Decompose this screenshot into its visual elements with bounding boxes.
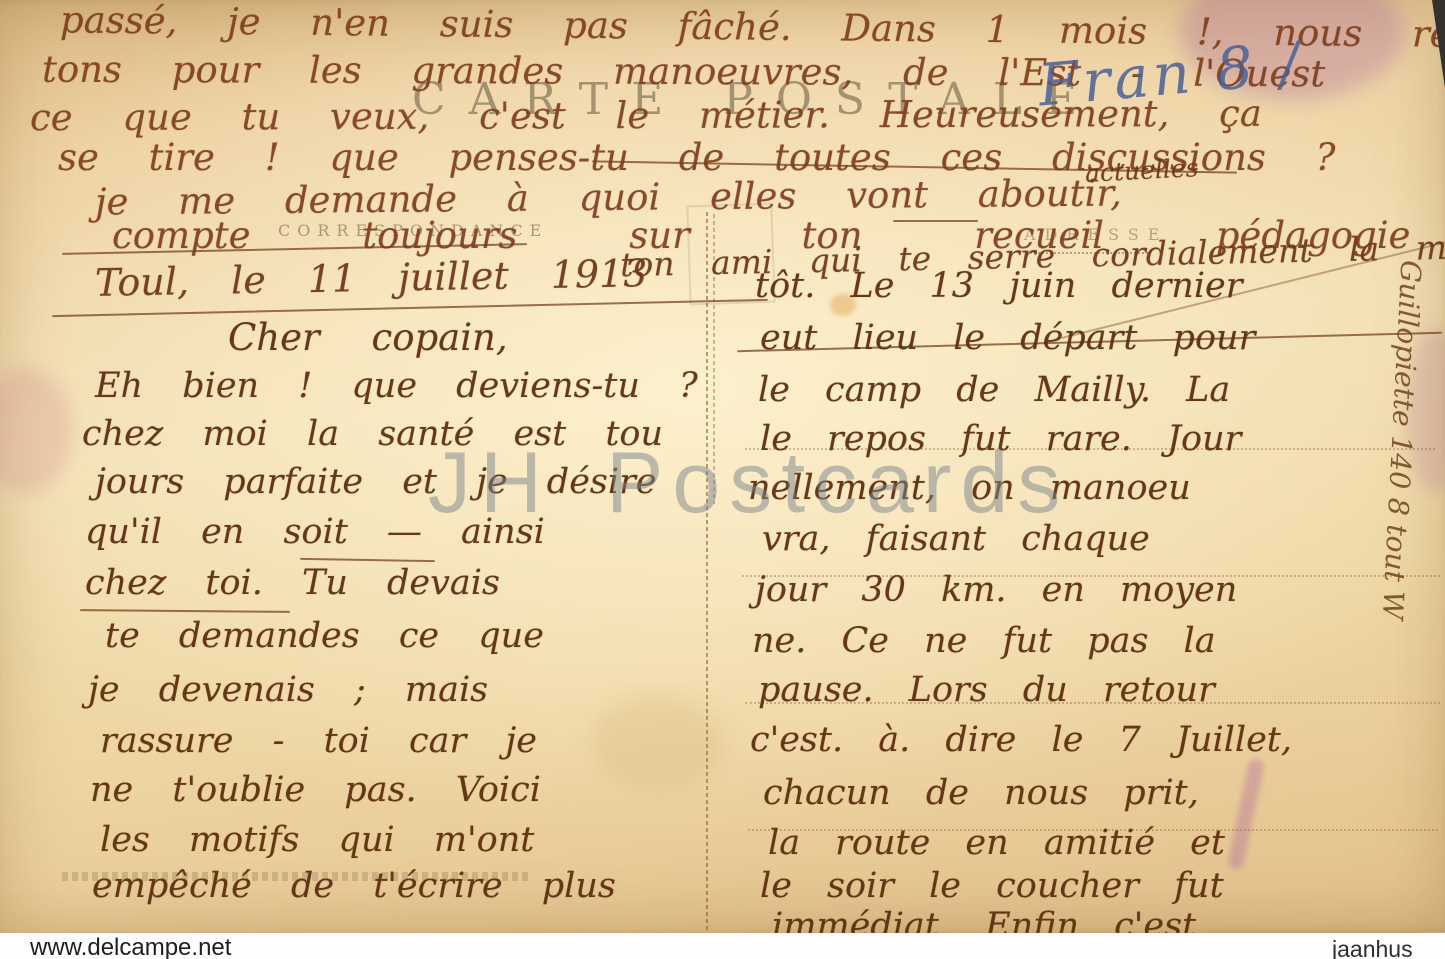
delcampe-watermark: www.delcampe.net: [30, 934, 231, 959]
postcard-scan: CARTE POSTALE CORRESPONDANCE ADRESSE pas…: [0, 0, 1445, 959]
site-watermark: JH Postcards: [428, 434, 1069, 533]
handwriting-line: empêché de t'écrire plus: [92, 866, 616, 906]
handwriting-line: eut lieu le départ pour: [760, 318, 1255, 358]
handwriting-line: le camp de Mailly. La: [758, 370, 1230, 410]
jaanhus-watermark: jaanhus: [1332, 936, 1413, 959]
handwriting-line: tôt. Le 13 juin dernier: [755, 266, 1242, 306]
handwriting-line: rassure - toi car je: [100, 721, 537, 761]
handwriting-line: ne t'oublie pas. Voici: [90, 770, 541, 810]
handwriting-line: ne. Ce ne fut pas la: [752, 621, 1216, 661]
center-divider-line: [706, 212, 708, 934]
handwriting-line: pause. Lors du retour: [758, 670, 1215, 710]
handwriting-line: te demandes ce que: [105, 616, 544, 656]
handwriting-line: je devenais ; mais: [88, 670, 488, 710]
handwriting-line: chacun de nous prit,: [763, 773, 1199, 813]
handwriting-line: chez toi. Tu devais: [85, 563, 500, 603]
handwriting-line: la route en amitié et: [768, 823, 1225, 863]
handwriting-line: les motifs qui m'ont: [100, 820, 534, 860]
scan-bottom-bar: www.delcampe.net jaanhus: [0, 933, 1445, 959]
handwriting-line: c'est. à. dire le 7 Juillet,: [750, 720, 1292, 760]
handwriting-insertion: actuelles: [1084, 153, 1199, 188]
handwriting-line: jour 30 km. en moyen: [755, 570, 1237, 610]
handwriting-line: le soir le coucher fut: [760, 866, 1224, 906]
handwriting-line: Eh bien ! que deviens-tu ?: [95, 366, 698, 406]
handwriting-salutation: Cher copain,: [228, 316, 508, 359]
stain: [592, 694, 722, 789]
